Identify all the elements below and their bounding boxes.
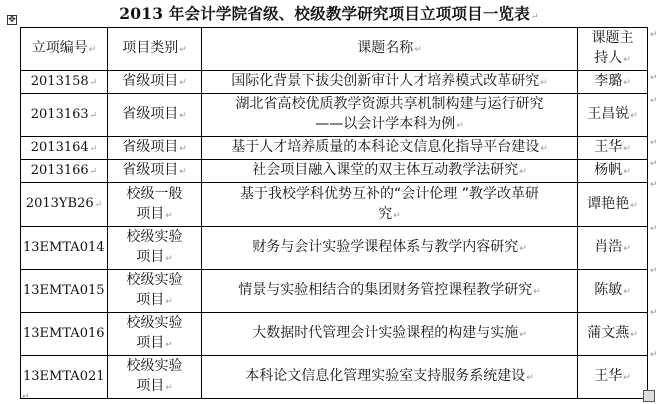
category-text: 省级项目 (122, 139, 178, 155)
cell-host: 王华↵ (578, 137, 648, 160)
cell-category: 省级项目↵ (108, 71, 202, 94)
id-text: 2013164 (31, 140, 89, 155)
host-text: 王华 (594, 139, 622, 155)
header-label-line: 课题主 (580, 28, 645, 48)
paragraph-mark: ↵ (623, 144, 631, 154)
row-end-mark: ↵ (650, 30, 658, 40)
title-text: 情景与实验相结合的集团财务管控课程教学研究 (238, 282, 532, 298)
cell-title: 情景与实验相结合的集团财务管控课程教学研究↵ (202, 270, 578, 313)
paragraph-mark: ↵ (630, 201, 638, 211)
paragraph-mark: ↵ (393, 211, 401, 221)
paragraph-mark: ↵ (165, 254, 173, 264)
header-host: 课题主持人↵ (578, 28, 648, 71)
cell-host: 王华↵ (578, 356, 648, 399)
row-end-mark: ↵ (650, 308, 658, 318)
cell-id: 2013166↵ (21, 160, 108, 183)
cell-id: 13EMTA016↵ (21, 313, 108, 356)
paragraph-mark: ↵ (623, 287, 631, 297)
host-text: 陈敏 (594, 282, 622, 298)
paragraph-mark: ↵ (540, 144, 548, 154)
paragraph-mark: ↵ (414, 45, 422, 55)
category-line: 项目 (136, 378, 164, 394)
paragraph-mark: ↵ (623, 244, 631, 254)
cell-host: 陈敏↵ (578, 270, 648, 313)
title-text: 基于人才培养质量的本科论文信息化指导平台建设 (231, 139, 539, 155)
table-row: 13EMTA014↵ 校级实验项目↵ 财务与会计实验学课程体系与教学内容研究↵ … (21, 227, 648, 270)
projects-table: 立项编号↵ 项目类别↵ 课题名称↵ 课题主持人↵ 2013158↵ 省级项目↵ … (20, 27, 648, 399)
paragraph-mark: ↵ (623, 78, 631, 88)
id-text: 13EMTA016 (23, 326, 105, 341)
cell-title: 湖北省高校优质教学资源共享机制构建与运行研究——以会计学本科为例↵ (202, 94, 578, 137)
id-text: 2013166 (31, 163, 89, 178)
paragraph-mark: ↵ (630, 330, 638, 340)
table-row: 13EMTA021↵ 校级实验项目↵ 本科论文信息化管理实验室支持服务系统建设↵… (21, 356, 648, 399)
table-move-handle-icon[interactable]: ✥ (7, 15, 17, 25)
paragraph-mark: ↵ (630, 111, 638, 121)
category-line: 项目 (136, 249, 164, 265)
paragraph-mark: ↵ (179, 78, 187, 88)
paragraph-mark: ↵ (165, 340, 173, 350)
category-line: 项目 (136, 335, 164, 351)
table-row: 2013YB26↵ 校级一般项目↵ 基于我校学科优势互补的“会计伦理 ”教学改革… (21, 183, 648, 227)
table-row: 2013158↵ 省级项目↵ 国际化背景下拔尖创新审计人才培养模式改革研究↵ 李… (21, 71, 648, 94)
cell-category: 校级实验项目↵ (108, 227, 202, 270)
host-text: 肖浩 (594, 239, 622, 255)
paragraph-mark: ↵ (90, 167, 98, 177)
cell-category: 校级实验项目↵ (108, 270, 202, 313)
category-line: 校级实验 (110, 227, 199, 247)
paragraph-mark: ↵ (533, 287, 541, 297)
category-line: 校级实验 (110, 313, 199, 333)
header-label: 课题名称 (357, 40, 413, 56)
cell-title: 基于人才培养质量的本科论文信息化指导平台建设↵ (202, 137, 578, 160)
host-text: 王昌锐 (587, 106, 629, 122)
paragraph-mark: ↵ (179, 167, 187, 177)
category-line: 项目 (136, 292, 164, 308)
paragraph-mark: ↵ (179, 45, 187, 55)
document-end-paragraph-mark: ↵ (22, 392, 30, 402)
category-text: 省级项目 (122, 106, 178, 122)
id-text: 13EMTA014 (23, 240, 105, 255)
paragraph-mark: ↵ (623, 167, 631, 177)
title-line: ——以会计学本科为例 (315, 116, 455, 132)
header-title: 课题名称↵ (202, 28, 578, 71)
title-text: 本科论文信息化管理实验室支持服务系统建设 (245, 368, 525, 384)
row-end-mark: ↵ (650, 96, 658, 106)
row-end-mark: ↵ (650, 159, 658, 169)
cell-category: 校级实验项目↵ (108, 313, 202, 356)
category-line: 校级一般 (110, 184, 199, 204)
table-resize-handle-icon[interactable] (643, 390, 655, 402)
title-text: 财务与会计实验学课程体系与教学内容研究 (252, 239, 518, 255)
paragraph-mark: ↵ (90, 78, 98, 88)
cell-title: 社会项目融入课堂的双主体互动教学法研究↵ (202, 160, 578, 183)
title-line: 基于我校学科优势互补的“会计伦理 ”教学改革研 (204, 184, 575, 204)
title-text: 社会项目融入课堂的双主体互动教学法研究 (252, 162, 518, 178)
row-end-mark: ↵ (650, 350, 658, 360)
table-header-row: 立项编号↵ 项目类别↵ 课题名称↵ 课题主持人↵ (21, 28, 648, 71)
paragraph-mark: ↵ (165, 383, 173, 393)
cell-id: 13EMTA021↵ (21, 356, 108, 399)
paragraph-mark: ↵ (165, 211, 173, 221)
paragraph-mark: ↵ (89, 45, 97, 55)
row-end-mark: ↵ (650, 266, 658, 276)
id-text: 2013163 (31, 107, 89, 122)
row-end-mark: ↵ (650, 180, 658, 190)
row-end-mark: ↵ (650, 138, 658, 148)
header-label: 立项编号 (32, 40, 88, 56)
cell-host: 王昌锐↵ (578, 94, 648, 137)
category-line: 校级实验 (110, 356, 199, 376)
cell-host: 杨帆↵ (578, 160, 648, 183)
paragraph-mark: ↵ (179, 111, 187, 121)
cell-id: 2013164↵ (21, 137, 108, 160)
paragraph-mark: ↵ (519, 330, 527, 340)
cell-host: 谭艳艳↵ (578, 183, 648, 227)
table-row: 13EMTA015↵ 校级实验项目↵ 情景与实验相结合的集团财务管控课程教学研究… (21, 270, 648, 313)
host-text: 王华 (594, 368, 622, 384)
paragraph-mark: ↵ (519, 244, 527, 254)
cell-category: 校级一般项目↵ (108, 183, 202, 227)
paragraph-mark: ↵ (623, 55, 631, 65)
host-text: 李璐 (594, 73, 622, 89)
paragraph-mark: ↵ (519, 167, 527, 177)
id-text: 13EMTA015 (23, 283, 105, 298)
cell-id: 13EMTA014↵ (21, 227, 108, 270)
category-text: 省级项目 (122, 162, 178, 178)
paragraph-mark: ↵ (623, 373, 631, 383)
cell-host: 肖浩↵ (578, 227, 648, 270)
cell-host: 李璐↵ (578, 71, 648, 94)
cell-title: 基于我校学科优势互补的“会计伦理 ”教学改革研究↵ (202, 183, 578, 227)
header-category: 项目类别↵ (108, 28, 202, 71)
id-text: 2013158 (31, 74, 89, 89)
header-label: 项目类别 (122, 40, 178, 56)
paragraph-mark: ↵ (95, 200, 103, 210)
cell-id: 2013YB26↵ (21, 183, 108, 227)
cell-host: 蒲文燕↵ (578, 313, 648, 356)
paragraph-mark: ↵ (540, 78, 548, 88)
cell-category: 省级项目↵ (108, 137, 202, 160)
table-row: 2013164↵ 省级项目↵ 基于人才培养质量的本科论文信息化指导平台建设↵ 王… (21, 137, 648, 160)
cell-title: 大数据时代管理会计实验课程的构建与实施↵ (202, 313, 578, 356)
table-row: 13EMTA016↵ 校级实验项目↵ 大数据时代管理会计实验课程的构建与实施↵ … (21, 313, 648, 356)
row-end-mark: ↵ (650, 224, 658, 234)
category-text: 省级项目 (122, 73, 178, 89)
host-text: 蒲文燕 (587, 325, 629, 341)
paragraph-mark: ↵ (456, 121, 464, 131)
category-line: 校级实验 (110, 270, 199, 290)
table-row: 2013166↵ 省级项目↵ 社会项目融入课堂的双主体互动教学法研究↵ 杨帆↵ (21, 160, 648, 183)
title-text: 国际化背景下拔尖创新审计人才培养模式改革研究 (231, 73, 539, 89)
host-text: 谭艳艳 (587, 196, 629, 212)
cell-title: 财务与会计实验学课程体系与教学内容研究↵ (202, 227, 578, 270)
cell-category: 省级项目↵ (108, 94, 202, 137)
cell-title: 本科论文信息化管理实验室支持服务系统建设↵ (202, 356, 578, 399)
paragraph-mark: ↵ (90, 111, 98, 121)
category-line: 项目 (136, 206, 164, 222)
paragraph-mark: ↵ (526, 373, 534, 383)
title-line: 究 (378, 206, 392, 222)
title-line: 湖北省高校优质教学资源共享机制构建与运行研究 (204, 94, 575, 114)
host-text: 杨帆 (594, 162, 622, 178)
cell-category: 省级项目↵ (108, 160, 202, 183)
cell-title: 国际化背景下拔尖创新审计人才培养模式改革研究↵ (202, 71, 578, 94)
paragraph-mark: ↵ (165, 297, 173, 307)
header-id: 立项编号↵ (21, 28, 108, 71)
paragraph-mark: ↵ (179, 144, 187, 154)
cell-id: 2013158↵ (21, 71, 108, 94)
cell-category: 校级实验项目↵ (108, 356, 202, 399)
title-text: 大数据时代管理会计实验课程的构建与实施 (252, 325, 518, 341)
row-end-mark: ↵ (650, 73, 658, 83)
cell-id: 2013163↵ (21, 94, 108, 137)
id-text: 2013YB26 (26, 196, 94, 211)
header-label-line: 持人 (594, 50, 622, 66)
cell-id: 13EMTA015↵ (21, 270, 108, 313)
paragraph-mark: ↵ (531, 12, 539, 22)
document-title: 2013 年会计学院省级、校级教学研究项目立项项目一览表↵ (0, 4, 658, 27)
title-text: 2013 年会计学院省级、校级教学研究项目立项项目一览表 (119, 4, 530, 23)
id-text: 13EMTA021 (23, 369, 105, 384)
paragraph-mark: ↵ (90, 144, 98, 154)
table-row: 2013163↵ 省级项目↵ 湖北省高校优质教学资源共享机制构建与运行研究——以… (21, 94, 648, 137)
